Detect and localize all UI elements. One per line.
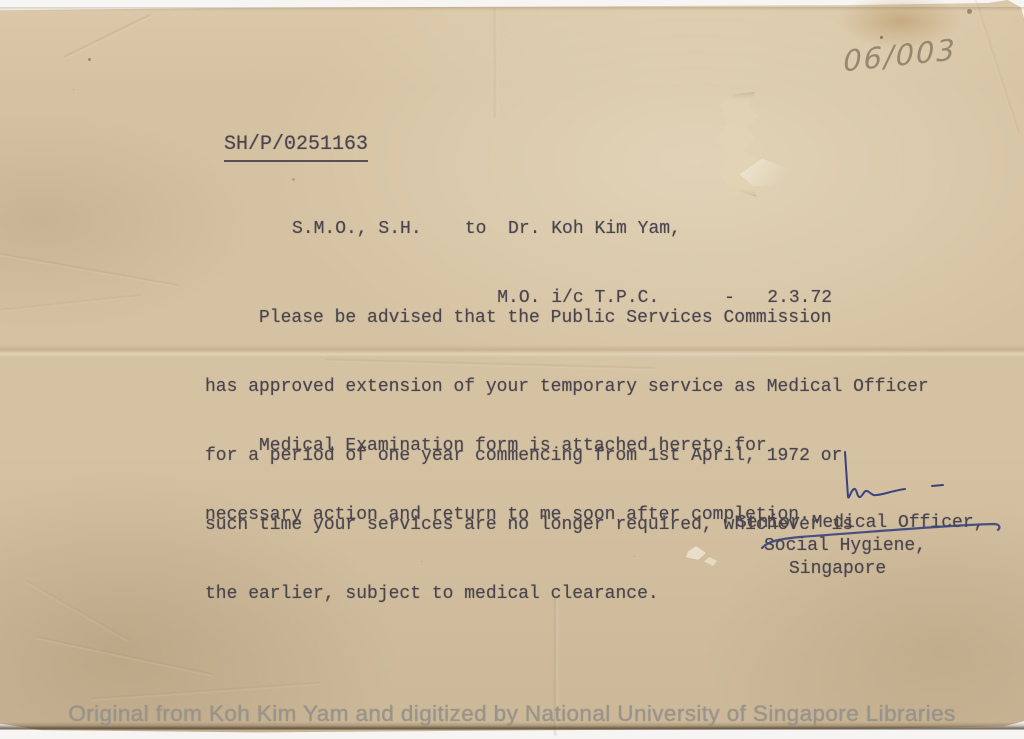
vertical-fold-crease	[494, 8, 498, 118]
typewritten-line: Please be advised that the Public Servic…	[205, 307, 929, 330]
reference-number: SH/P/0251163	[200, 109, 368, 162]
signature-and-strikethrough-ink	[700, 440, 1020, 560]
typewritten-line: the earlier, subject to medical clearanc…	[205, 583, 929, 606]
paper-specks	[88, 58, 91, 61]
signature-dash	[932, 485, 943, 486]
reference-number-text: SH/P/0251163	[224, 133, 368, 162]
addressee-line: S.M.O., S.H. to Dr. Koh Kim Yam,	[292, 218, 832, 241]
strikethrough-pen-line	[762, 524, 999, 548]
signature-place-line: Singapore	[789, 558, 886, 581]
digitization-watermark: Original from Koh Kim Yam and digitized …	[0, 701, 1024, 727]
signature-icon	[845, 452, 905, 498]
